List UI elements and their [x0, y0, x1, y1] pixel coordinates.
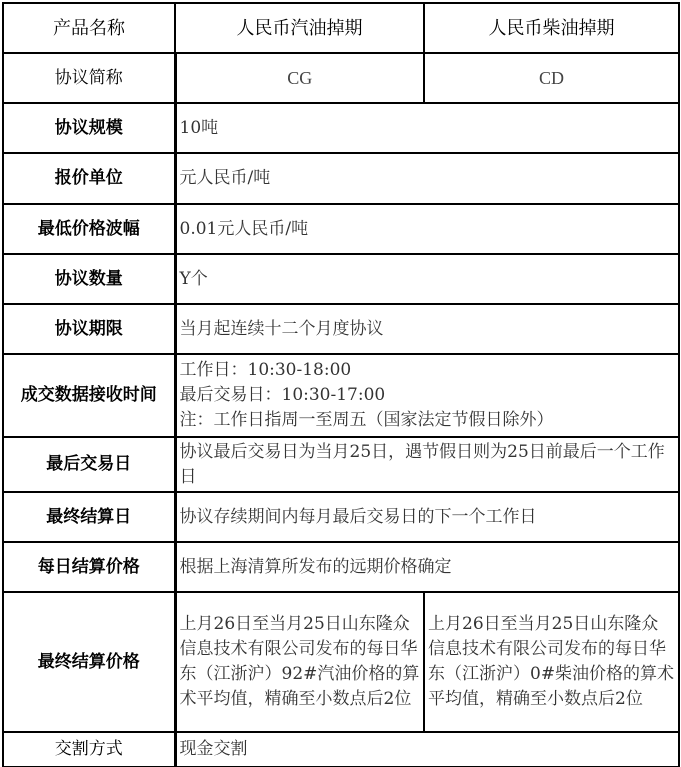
- row-label: 报价单位: [3, 153, 175, 204]
- row-value: 现金交割: [175, 732, 679, 767]
- table-row: 最后交易日 协议最后交易日为当月25日，遇节假日则为25日前最后一个工作日: [3, 437, 679, 492]
- product-gasoline: 人民币汽油掉期: [175, 3, 424, 53]
- row-value: 10吨: [175, 103, 679, 153]
- header-label: 产品名称: [3, 3, 175, 53]
- row-value: 工作日：10:30-18:00 最后交易日：10:30-17:00 注：工作日指…: [175, 354, 679, 437]
- row-label: 每日结算价格: [3, 542, 175, 592]
- row-value: 根据上海清算所发布的远期价格确定: [175, 542, 679, 592]
- product-diesel: 人民币柴油掉期: [424, 3, 679, 53]
- row-label: 协议数量: [3, 254, 175, 304]
- row-label: 最终结算价格: [3, 592, 175, 732]
- row-label: 最后交易日: [3, 437, 175, 492]
- row-label: 成交数据接收时间: [3, 354, 175, 437]
- workday-note: 注：工作日指周一至周五（国家法定节假日除外）: [180, 408, 676, 433]
- table-row: 协议简称 CG CD: [3, 53, 679, 103]
- row-value: 0.01元人民币/吨: [175, 204, 679, 254]
- workday-hours: 工作日：10:30-18:00: [180, 358, 676, 383]
- table-row: 最终结算日 协议存续期间内每月最后交易日的下一个工作日: [3, 492, 679, 542]
- final-settlement-diesel: 上月26日至当月25日山东隆众信息技术有限公司发布的每日华东（江浙沪）0#柴油价…: [424, 592, 679, 732]
- table-row: 协议期限 当月起连续十二个月度协议: [3, 304, 679, 354]
- table-row: 最终结算价格 上月26日至当月25日山东隆众信息技术有限公司发布的每日华东（江浙…: [3, 592, 679, 732]
- table-row: 报价单位 元人民币/吨: [3, 153, 679, 204]
- contract-spec-table: 产品名称 人民币汽油掉期 人民币柴油掉期 协议简称 CG CD 协议规模 10吨…: [2, 2, 680, 767]
- row-label: 最低价格波幅: [3, 204, 175, 254]
- row-value: Y个: [175, 254, 679, 304]
- code-gasoline: CG: [175, 53, 424, 103]
- final-settlement-gasoline: 上月26日至当月25日山东隆众信息技术有限公司发布的每日华东（江浙沪）92#汽油…: [175, 592, 424, 732]
- row-label: 交割方式: [3, 732, 175, 767]
- row-label: 协议期限: [3, 304, 175, 354]
- table-row: 成交数据接收时间 工作日：10:30-18:00 最后交易日：10:30-17:…: [3, 354, 679, 437]
- row-value: 协议存续期间内每月最后交易日的下一个工作日: [175, 492, 679, 542]
- table-row: 协议规模 10吨: [3, 103, 679, 153]
- row-label: 最终结算日: [3, 492, 175, 542]
- row-value: 当月起连续十二个月度协议: [175, 304, 679, 354]
- row-value: 元人民币/吨: [175, 153, 679, 204]
- row-value: 协议最后交易日为当月25日，遇节假日则为25日前最后一个工作日: [175, 437, 679, 492]
- last-trading-day-hours: 最后交易日：10:30-17:00: [180, 383, 676, 408]
- table-row: 协议数量 Y个: [3, 254, 679, 304]
- row-label: 协议简称: [3, 53, 175, 103]
- header-row: 产品名称 人民币汽油掉期 人民币柴油掉期: [3, 3, 679, 53]
- code-diesel: CD: [424, 53, 679, 103]
- table-row: 最低价格波幅 0.01元人民币/吨: [3, 204, 679, 254]
- table-row: 交割方式 现金交割: [3, 732, 679, 767]
- row-label: 协议规模: [3, 103, 175, 153]
- table-row: 每日结算价格 根据上海清算所发布的远期价格确定: [3, 542, 679, 592]
